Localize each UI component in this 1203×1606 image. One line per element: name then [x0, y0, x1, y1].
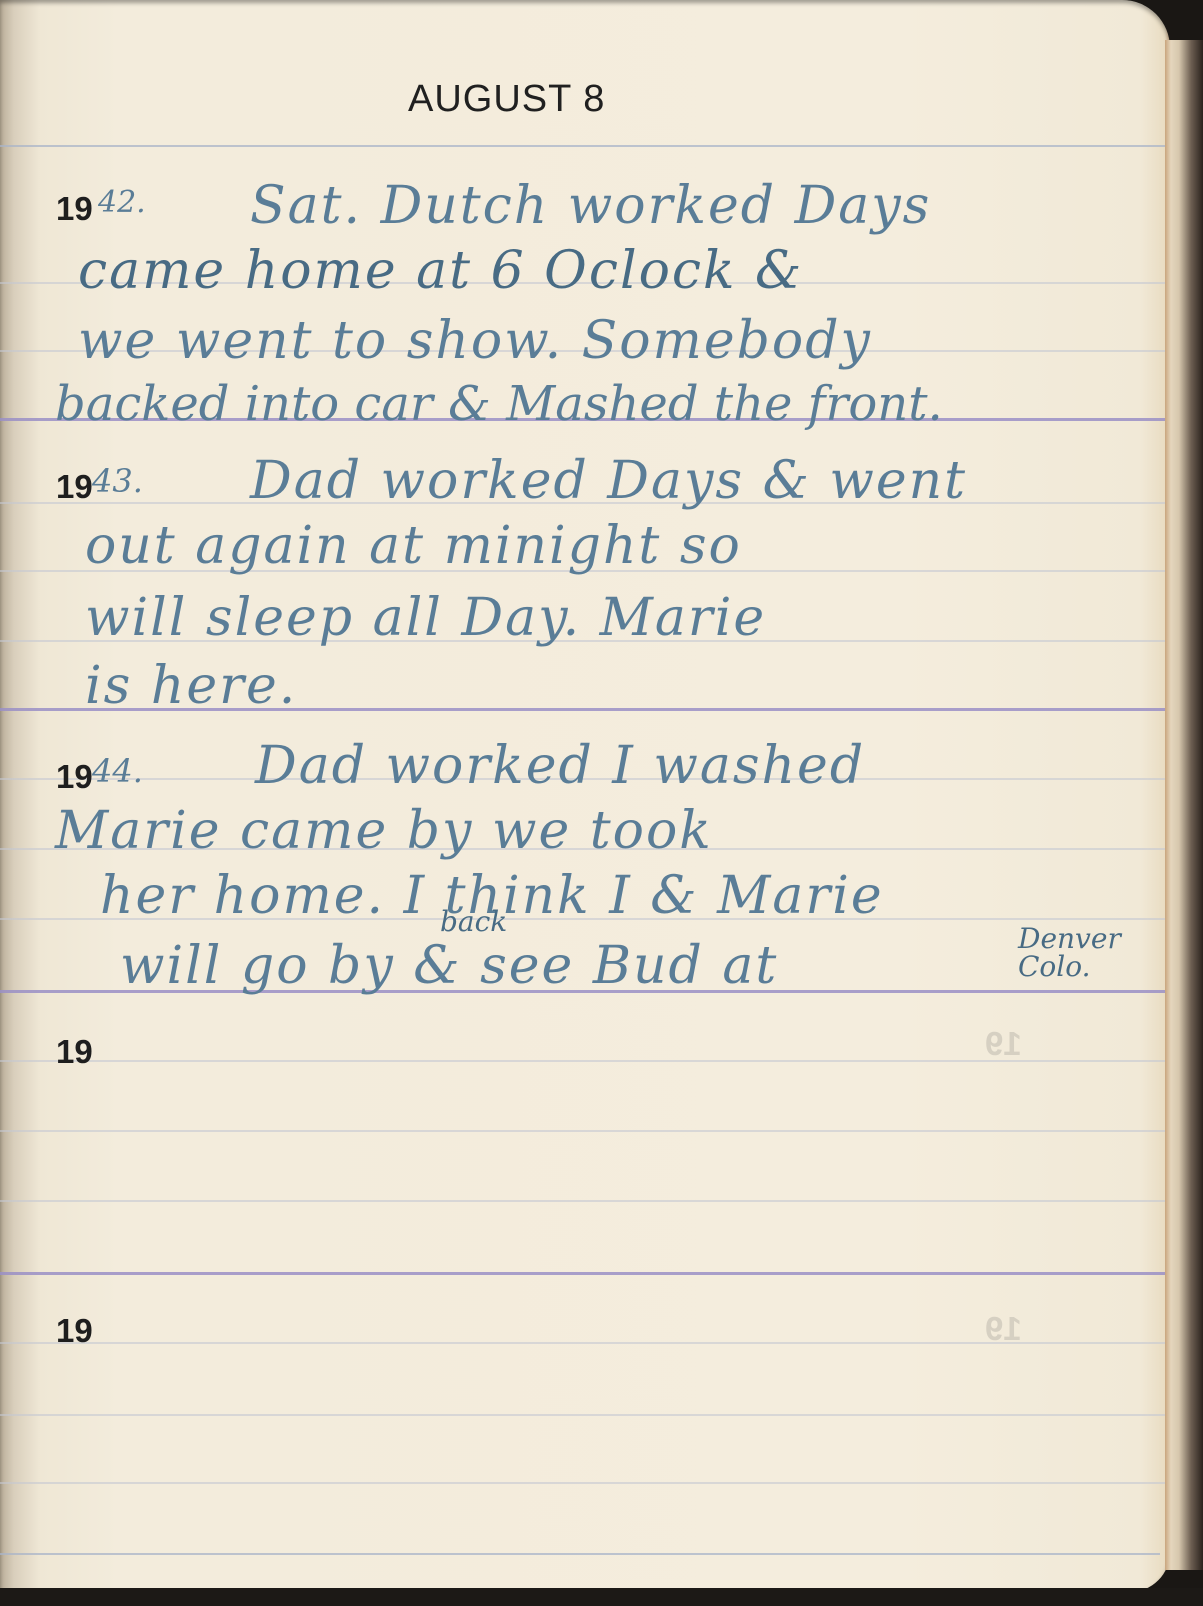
handwritten-line: came home at 6 Oclock & — [78, 245, 1158, 297]
section-divider — [0, 1272, 1165, 1275]
printed-year: 19 — [56, 1033, 93, 1071]
handwritten-line: Marie came by we took — [55, 805, 1135, 857]
show-through-year: 19 — [985, 1310, 1022, 1348]
handwritten-line: will sleep all Day. Marie — [85, 592, 1165, 644]
handwritten-margin-note: Denver Colo. — [1018, 925, 1158, 981]
printed-year: 19 — [56, 190, 93, 228]
handwritten-year-suffix: 44. — [92, 752, 143, 790]
printed-year: 19 — [56, 468, 93, 506]
handwritten-line: backed into car & Mashed the front. — [55, 380, 1135, 428]
rule-line — [0, 1553, 1160, 1555]
rule-line — [0, 1414, 1165, 1416]
handwritten-line: her home. I think I & Marie — [100, 870, 1180, 922]
rule-line — [0, 1482, 1165, 1484]
handwritten-line: out again at minight so — [85, 520, 1165, 572]
handwritten-line: Sat. Dutch worked Days — [250, 180, 1203, 232]
handwritten-line: we went to show. Somebody — [78, 315, 1158, 367]
diary-page: AUGUST 8 19 42. Sat. Dutch worked Days c… — [0, 0, 1170, 1592]
rule-line — [0, 145, 1165, 147]
printed-year: 19 — [56, 1312, 93, 1350]
page-edge — [1165, 40, 1203, 1570]
handwritten-year-suffix: 42. — [98, 185, 146, 220]
handwritten-line: Dad worked Days & went — [250, 455, 1203, 507]
rule-line — [0, 1200, 1165, 1202]
scan-background — [0, 1588, 1203, 1606]
handwritten-year-suffix: 43. — [92, 462, 143, 500]
date-heading: AUGUST 8 — [408, 78, 605, 121]
handwritten-insertion: back — [440, 905, 507, 938]
rule-line — [0, 1130, 1165, 1132]
handwritten-line: is here. — [85, 660, 1165, 712]
handwritten-line: Dad worked I washed — [255, 740, 1203, 792]
printed-year: 19 — [56, 758, 93, 796]
show-through-year: 19 — [985, 1025, 1022, 1063]
